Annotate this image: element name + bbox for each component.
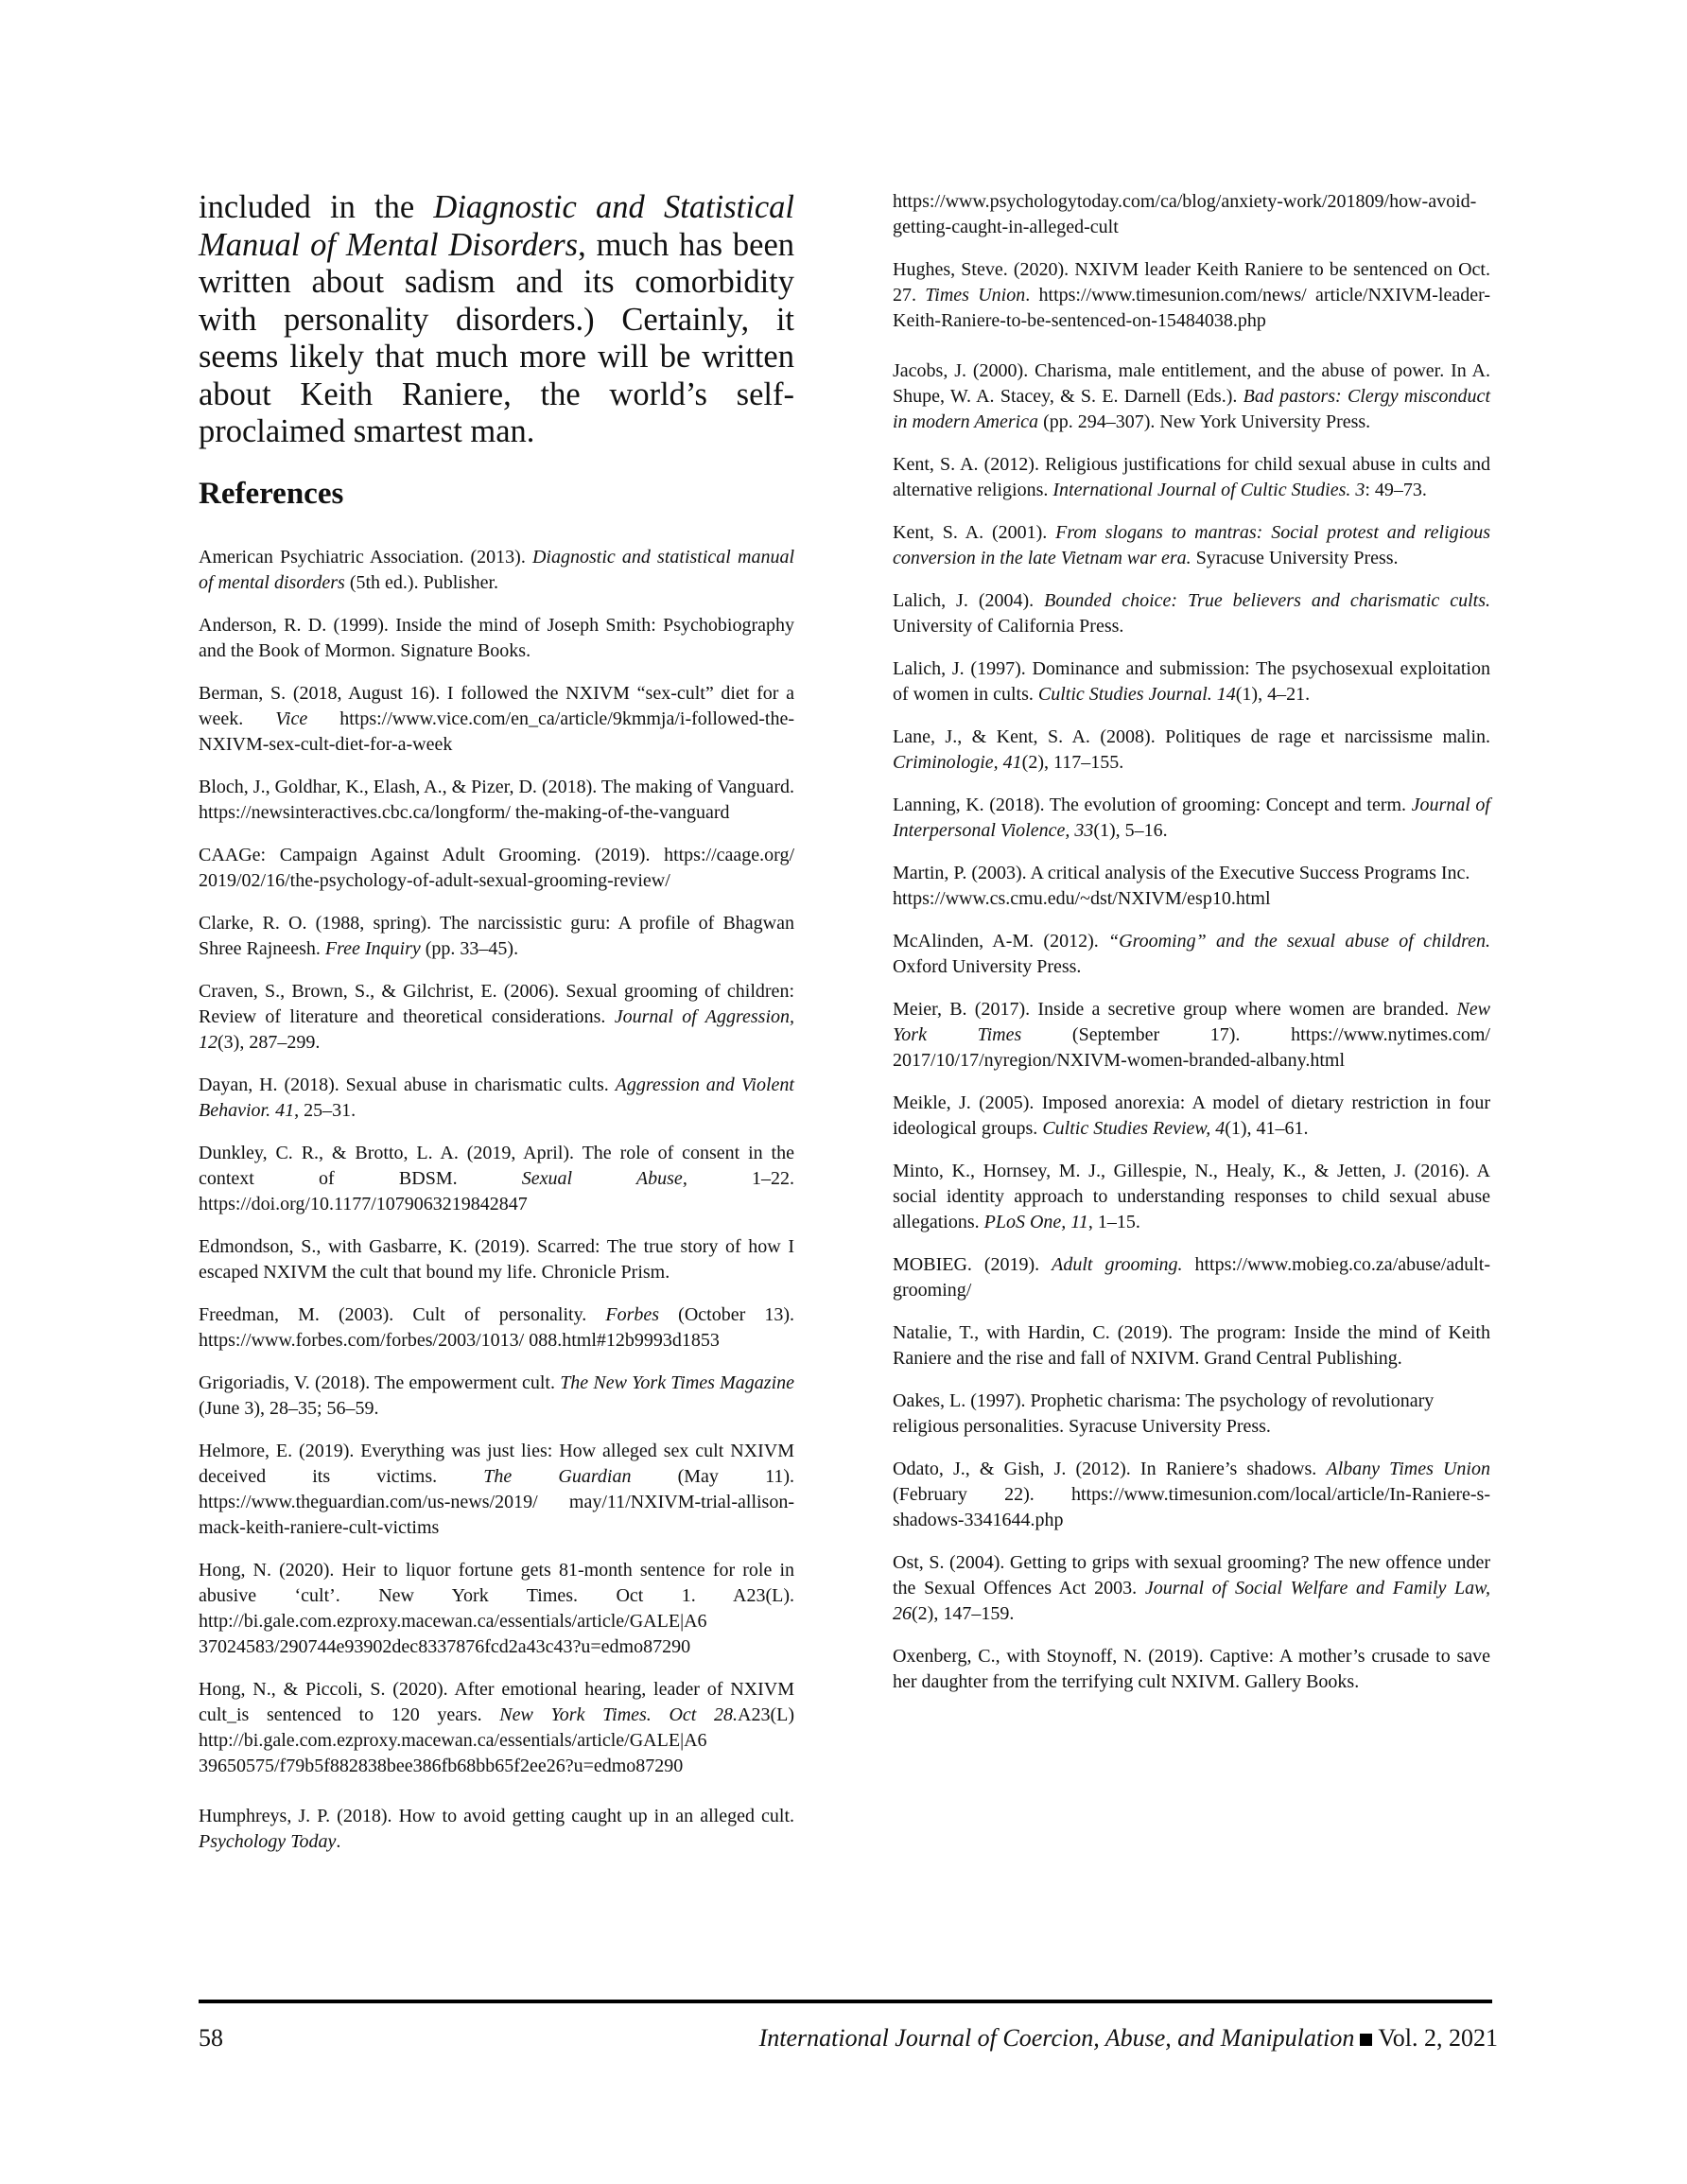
reference-entry: Lanning, K. (2018). The evolution of gro… xyxy=(893,793,1490,844)
reference-text: Oxford University Press. xyxy=(893,956,1081,977)
reference-text: , 1–15. xyxy=(1088,1212,1140,1232)
reference-italic-title: Adult grooming. xyxy=(1052,1254,1182,1275)
reference-text: , 25–31. xyxy=(294,1100,356,1121)
reference-entry: Odato, J., & Gish, J. (2012). In Raniere… xyxy=(893,1457,1490,1533)
reference-text: Bloch, J., Goldhar, K., Elash, A., & Piz… xyxy=(199,777,794,823)
reference-entry: Hughes, Steve. (2020). NXIVM leader Keit… xyxy=(893,257,1490,334)
reference-italic-title: Forbes xyxy=(605,1304,659,1325)
reference-text: McAlinden, A-M. (2012). xyxy=(893,931,1108,952)
reference-entry: Meier, B. (2017). Inside a secretive gro… xyxy=(893,997,1490,1074)
footer-rule xyxy=(199,2000,1492,2003)
reference-italic-title: Vice xyxy=(275,708,307,729)
reference-text: (February 22). https://www.timesunion.co… xyxy=(893,1484,1490,1530)
reference-text: Lane, J., & Kent, S. A. (2008). Politiqu… xyxy=(893,726,1490,747)
reference-text: (1), 4–21. xyxy=(1236,684,1310,705)
reference-entry: Grigoriadis, V. (2018). The empowerment … xyxy=(199,1371,794,1422)
reference-text: MOBIEG. (2019). xyxy=(893,1254,1052,1275)
reference-entry: Jacobs, J. (2000). Charisma, male entitl… xyxy=(893,358,1490,435)
reference-entry: American Psychiatric Association. (2013)… xyxy=(199,545,794,596)
reference-entry: Martin, P. (2003). A critical analysis o… xyxy=(893,861,1490,912)
reference-text: (pp. 294–307). New York University Press… xyxy=(1038,411,1370,432)
reference-text: Grigoriadis, V. (2018). The empowerment … xyxy=(199,1372,560,1393)
reference-italic-title: The New York Times Magazine xyxy=(560,1372,794,1393)
reference-italic-title: Albany Times Union xyxy=(1326,1459,1490,1479)
reference-text: CAAGe: Campaign Against Adult Grooming. … xyxy=(199,845,794,891)
reference-entry: Dayan, H. (2018). Sexual abuse in charis… xyxy=(199,1073,794,1124)
reference-text: Kent, S. A. (2001). xyxy=(893,522,1055,543)
intro-paragraph: included in the Diagnostic and Statistic… xyxy=(199,189,794,451)
reference-italic-title: Criminologie, 41 xyxy=(893,752,1022,773)
reference-text: (June 3), 28–35; 56–59. xyxy=(199,1398,379,1419)
reference-text: Edmondson, S., with Gasbarre, K. (2019).… xyxy=(199,1236,794,1283)
reference-text: University of California Press. xyxy=(893,616,1123,637)
reference-text: Oakes, L. (1997). Prophetic charisma: Th… xyxy=(893,1390,1434,1437)
reference-italic-title: Cultic Studies Review, 4 xyxy=(1042,1118,1225,1139)
reference-entry: Hong, N., & Piccoli, S. (2020). After em… xyxy=(199,1677,794,1779)
reference-entry: Hong, N. (2020). Heir to liquor fortune … xyxy=(199,1558,794,1660)
reference-text: American Psychiatric Association. (2013)… xyxy=(199,547,532,568)
reference-text: (pp. 33–45). xyxy=(421,938,518,959)
reference-entry: Dunkley, C. R., & Brotto, L. A. (2019, A… xyxy=(199,1141,794,1217)
reference-text: : 49–73. xyxy=(1365,480,1427,500)
reference-entry: Kent, S. A. (2012). Religious justificat… xyxy=(893,452,1490,503)
references-list-right: https://www.psychologytoday.com/ca/blog/… xyxy=(893,189,1490,1712)
reference-text: Minto, K., Hornsey, M. J., Gillespie, N.… xyxy=(893,1161,1490,1232)
reference-entry: Oakes, L. (1997). Prophetic charisma: Th… xyxy=(893,1389,1490,1440)
references-heading: References xyxy=(199,475,343,513)
reference-entry: https://www.psychologytoday.com/ca/blog/… xyxy=(893,189,1490,240)
reference-entry: Minto, K., Hornsey, M. J., Gillespie, N.… xyxy=(893,1159,1490,1235)
reference-italic-title: International Journal of Cultic Studies.… xyxy=(1052,480,1365,500)
reference-text: Freedman, M. (2003). Cult of personality… xyxy=(199,1304,605,1325)
reference-italic-title: Sexual Abuse, xyxy=(522,1168,687,1189)
reference-text: . xyxy=(336,1831,340,1852)
reference-entry: Lane, J., & Kent, S. A. (2008). Politiqu… xyxy=(893,725,1490,776)
reference-text: Martin, P. (2003). A critical analysis o… xyxy=(893,863,1470,909)
page-number: 58 xyxy=(199,2024,223,2053)
reference-entry: CAAGe: Campaign Against Adult Grooming. … xyxy=(199,843,794,894)
reference-italic-title: Bounded choice: True believers and chari… xyxy=(1044,590,1490,611)
reference-entry: Meikle, J. (2005). Imposed anorexia: A m… xyxy=(893,1091,1490,1142)
reference-entry: Berman, S. (2018, August 16). I followed… xyxy=(199,681,794,758)
reference-entry: Natalie, T., with Hardin, C. (2019). The… xyxy=(893,1320,1490,1372)
reference-italic-title: Cultic Studies Journal. 14 xyxy=(1038,684,1236,705)
reference-entry: Kent, S. A. (2001). From slogans to mant… xyxy=(893,520,1490,571)
intro-text-start: included in the xyxy=(199,189,433,225)
reference-entry: MOBIEG. (2019). Adult grooming. https://… xyxy=(893,1252,1490,1303)
square-bullet-icon xyxy=(1360,2034,1372,2046)
reference-italic-title: PLoS One, 11 xyxy=(984,1212,1088,1232)
reference-entry: Bloch, J., Goldhar, K., Elash, A., & Piz… xyxy=(199,775,794,826)
reference-text: Natalie, T., with Hardin, C. (2019). The… xyxy=(893,1322,1490,1369)
journal-footer: International Journal of Coercion, Abuse… xyxy=(759,2024,1498,2053)
reference-entry: Anderson, R. D. (1999). Inside the mind … xyxy=(199,613,794,664)
reference-text: (1), 5–16. xyxy=(1093,820,1167,841)
reference-entry: Humphreys, J. P. (2018). How to avoid ge… xyxy=(199,1804,794,1855)
journal-name: International Journal of Coercion, Abuse… xyxy=(759,2024,1355,2052)
reference-entry: Oxenberg, C., with Stoynoff, N. (2019). … xyxy=(893,1644,1490,1695)
reference-entry: Lalich, J. (2004). Bounded choice: True … xyxy=(893,588,1490,639)
reference-italic-title: New York Times. Oct 28. xyxy=(499,1704,738,1725)
reference-text: Lalich, J. (2004). xyxy=(893,590,1044,611)
reference-text: Syracuse University Press. xyxy=(1191,548,1399,568)
reference-text: (1), 41–61. xyxy=(1225,1118,1308,1139)
journal-volume: Vol. 2, 2021 xyxy=(1378,2024,1498,2052)
reference-text: Meier, B. (2017). Inside a secretive gro… xyxy=(893,999,1456,1020)
reference-text: (2), 117–155. xyxy=(1022,752,1124,773)
reference-entry: Ost, S. (2004). Getting to grips with se… xyxy=(893,1550,1490,1627)
reference-text: (3), 287–299. xyxy=(217,1032,320,1053)
reference-italic-title: Free Inquiry xyxy=(325,938,421,959)
reference-text: (5th ed.). Publisher. xyxy=(345,572,498,593)
reference-entry: Lalich, J. (1997). Dominance and submiss… xyxy=(893,656,1490,708)
reference-text: Dayan, H. (2018). Sexual abuse in charis… xyxy=(199,1075,616,1095)
reference-text: (2), 147–159. xyxy=(912,1603,1014,1624)
reference-text: Humphreys, J. P. (2018). How to avoid ge… xyxy=(199,1806,794,1826)
reference-entry: Craven, S., Brown, S., & Gilchrist, E. (… xyxy=(199,979,794,1056)
reference-entry: Clarke, R. O. (1988, spring). The narcis… xyxy=(199,911,794,962)
reference-italic-title: The Guardian xyxy=(483,1466,631,1487)
reference-text: Hong, N. (2020). Heir to liquor fortune … xyxy=(199,1560,794,1657)
reference-text: https://www.psychologytoday.com/ca/blog/… xyxy=(893,191,1476,237)
reference-italic-title: Psychology Today xyxy=(199,1831,336,1852)
reference-text: Oxenberg, C., with Stoynoff, N. (2019). … xyxy=(893,1646,1490,1692)
reference-text: Odato, J., & Gish, J. (2012). In Raniere… xyxy=(893,1459,1326,1479)
reference-entry: Freedman, M. (2003). Cult of personality… xyxy=(199,1302,794,1354)
reference-italic-title: Times Union xyxy=(925,285,1025,306)
reference-entry: Helmore, E. (2019). Everything was just … xyxy=(199,1439,794,1541)
reference-entry: Edmondson, S., with Gasbarre, K. (2019).… xyxy=(199,1234,794,1285)
reference-text: Lanning, K. (2018). The evolution of gro… xyxy=(893,795,1412,815)
reference-text: Anderson, R. D. (1999). Inside the mind … xyxy=(199,615,794,661)
references-list-left: American Psychiatric Association. (2013)… xyxy=(199,545,794,1872)
reference-entry: McAlinden, A-M. (2012). “Grooming” and t… xyxy=(893,929,1490,980)
reference-italic-title: “Grooming” and the sexual abuse of child… xyxy=(1108,931,1490,952)
